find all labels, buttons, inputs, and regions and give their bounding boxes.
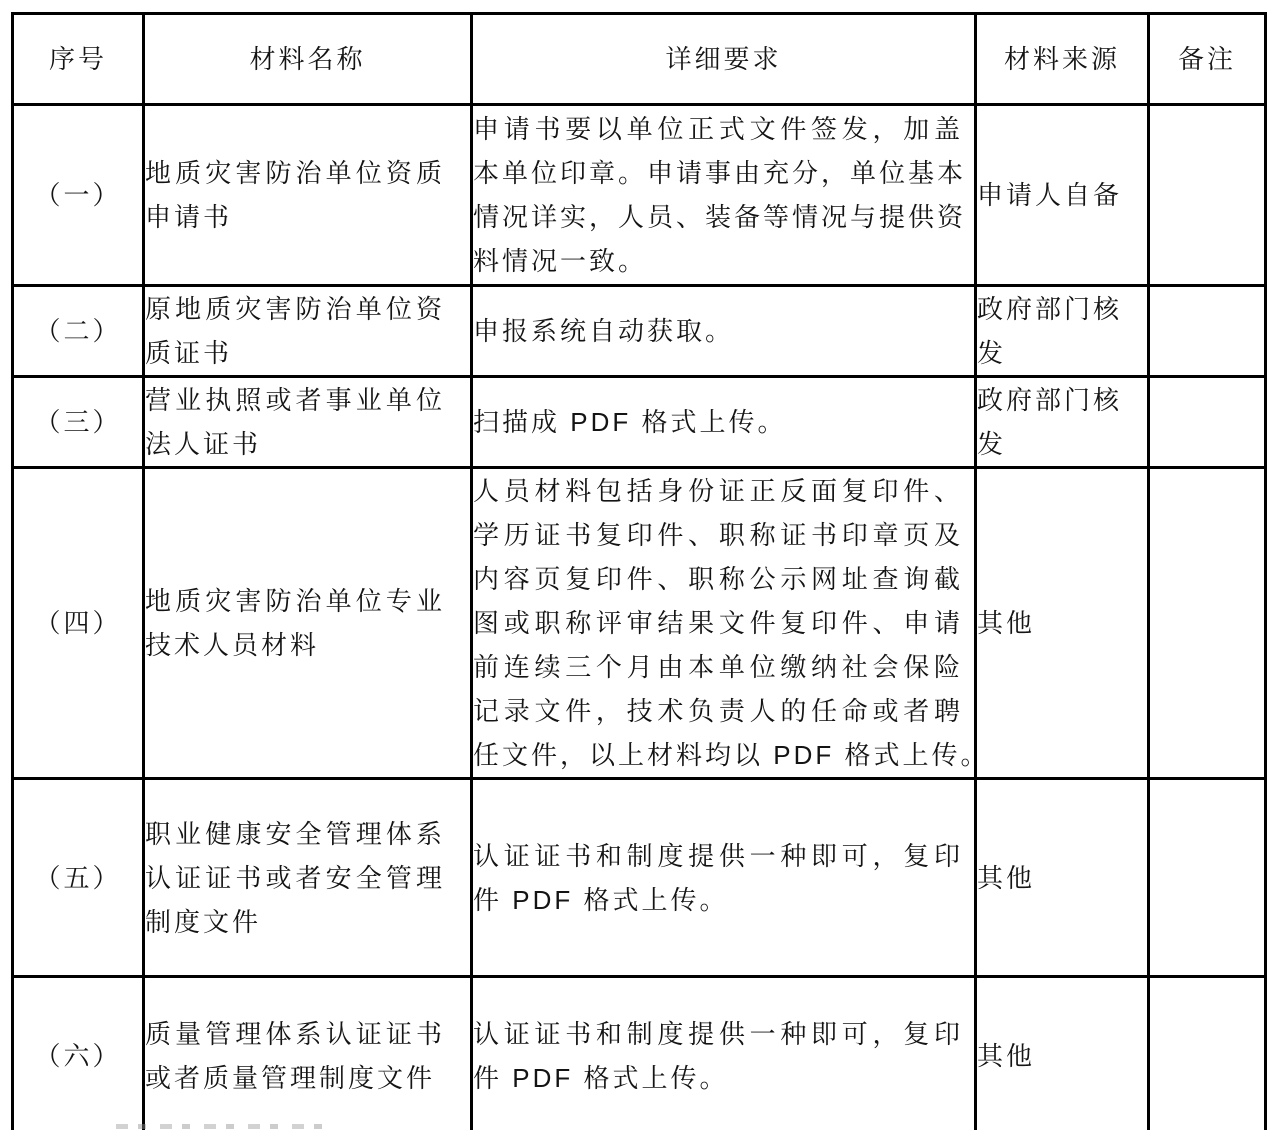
cut-off-text-artifact [116, 1124, 332, 1129]
document-page: 序号 材料名称 详细要求 材料来源 备注 （一） 地质灾害防治单位资质申请书 申… [0, 0, 1276, 1130]
cell-note [1149, 977, 1266, 1130]
cell-requirements: 认证证书和制度提供一种即可，复印件 PDF 格式上传。 [472, 977, 976, 1130]
cell-requirements: 人员材料包括身份证正反面复印件、学历证书复印件、职称证书印章页及内容页复印件、职… [472, 468, 976, 779]
table-row: （四） 地质灾害防治单位专业技术人员材料 人员材料包括身份证正反面复印件、学历证… [13, 468, 1266, 779]
header-note: 备注 [1149, 14, 1266, 105]
cell-source: 其他 [976, 779, 1149, 977]
table-row: （二） 原地质灾害防治单位资质证书 申报系统自动获取。 政府部门核发 [13, 286, 1266, 377]
materials-requirement-table: 序号 材料名称 详细要求 材料来源 备注 （一） 地质灾害防治单位资质申请书 申… [11, 12, 1267, 1130]
cell-note [1149, 377, 1266, 468]
cell-source: 政府部门核发 [976, 377, 1149, 468]
cell-material-name: 原地质灾害防治单位资质证书 [144, 286, 472, 377]
cell-serial: （四） [13, 468, 144, 779]
table-row: （六） 质量管理体系认证证书或者质量管理制度文件 认证证书和制度提供一种即可，复… [13, 977, 1266, 1130]
cell-serial: （二） [13, 286, 144, 377]
cell-note [1149, 105, 1266, 286]
cell-requirements: 申请书要以单位正式文件签发，加盖本单位印章。申请事由充分，单位基本情况详实，人员… [472, 105, 976, 286]
cell-source: 政府部门核发 [976, 286, 1149, 377]
cell-source: 其他 [976, 977, 1149, 1130]
cell-serial: （三） [13, 377, 144, 468]
cell-material-name: 地质灾害防治单位专业技术人员材料 [144, 468, 472, 779]
header-serial: 序号 [13, 14, 144, 105]
cell-requirements: 扫描成 PDF 格式上传。 [472, 377, 976, 468]
cell-source: 申请人自备 [976, 105, 1149, 286]
cell-requirements: 申报系统自动获取。 [472, 286, 976, 377]
cell-note [1149, 779, 1266, 977]
cell-serial: （一） [13, 105, 144, 286]
header-requirements: 详细要求 [472, 14, 976, 105]
cell-material-name: 质量管理体系认证证书或者质量管理制度文件 [144, 977, 472, 1130]
cell-material-name: 营业执照或者事业单位法人证书 [144, 377, 472, 468]
header-source: 材料来源 [976, 14, 1149, 105]
table-row: （五） 职业健康安全管理体系认证证书或者安全管理制度文件 认证证书和制度提供一种… [13, 779, 1266, 977]
cell-requirements: 认证证书和制度提供一种即可，复印件 PDF 格式上传。 [472, 779, 976, 977]
table-row: （三） 营业执照或者事业单位法人证书 扫描成 PDF 格式上传。 政府部门核发 [13, 377, 1266, 468]
cell-material-name: 地质灾害防治单位资质申请书 [144, 105, 472, 286]
cell-serial: （五） [13, 779, 144, 977]
cell-note [1149, 286, 1266, 377]
cell-note [1149, 468, 1266, 779]
cell-serial: （六） [13, 977, 144, 1130]
header-material-name: 材料名称 [144, 14, 472, 105]
table-header-row: 序号 材料名称 详细要求 材料来源 备注 [13, 14, 1266, 105]
cell-material-name: 职业健康安全管理体系认证证书或者安全管理制度文件 [144, 779, 472, 977]
table-row: （一） 地质灾害防治单位资质申请书 申请书要以单位正式文件签发，加盖本单位印章。… [13, 105, 1266, 286]
cell-source: 其他 [976, 468, 1149, 779]
